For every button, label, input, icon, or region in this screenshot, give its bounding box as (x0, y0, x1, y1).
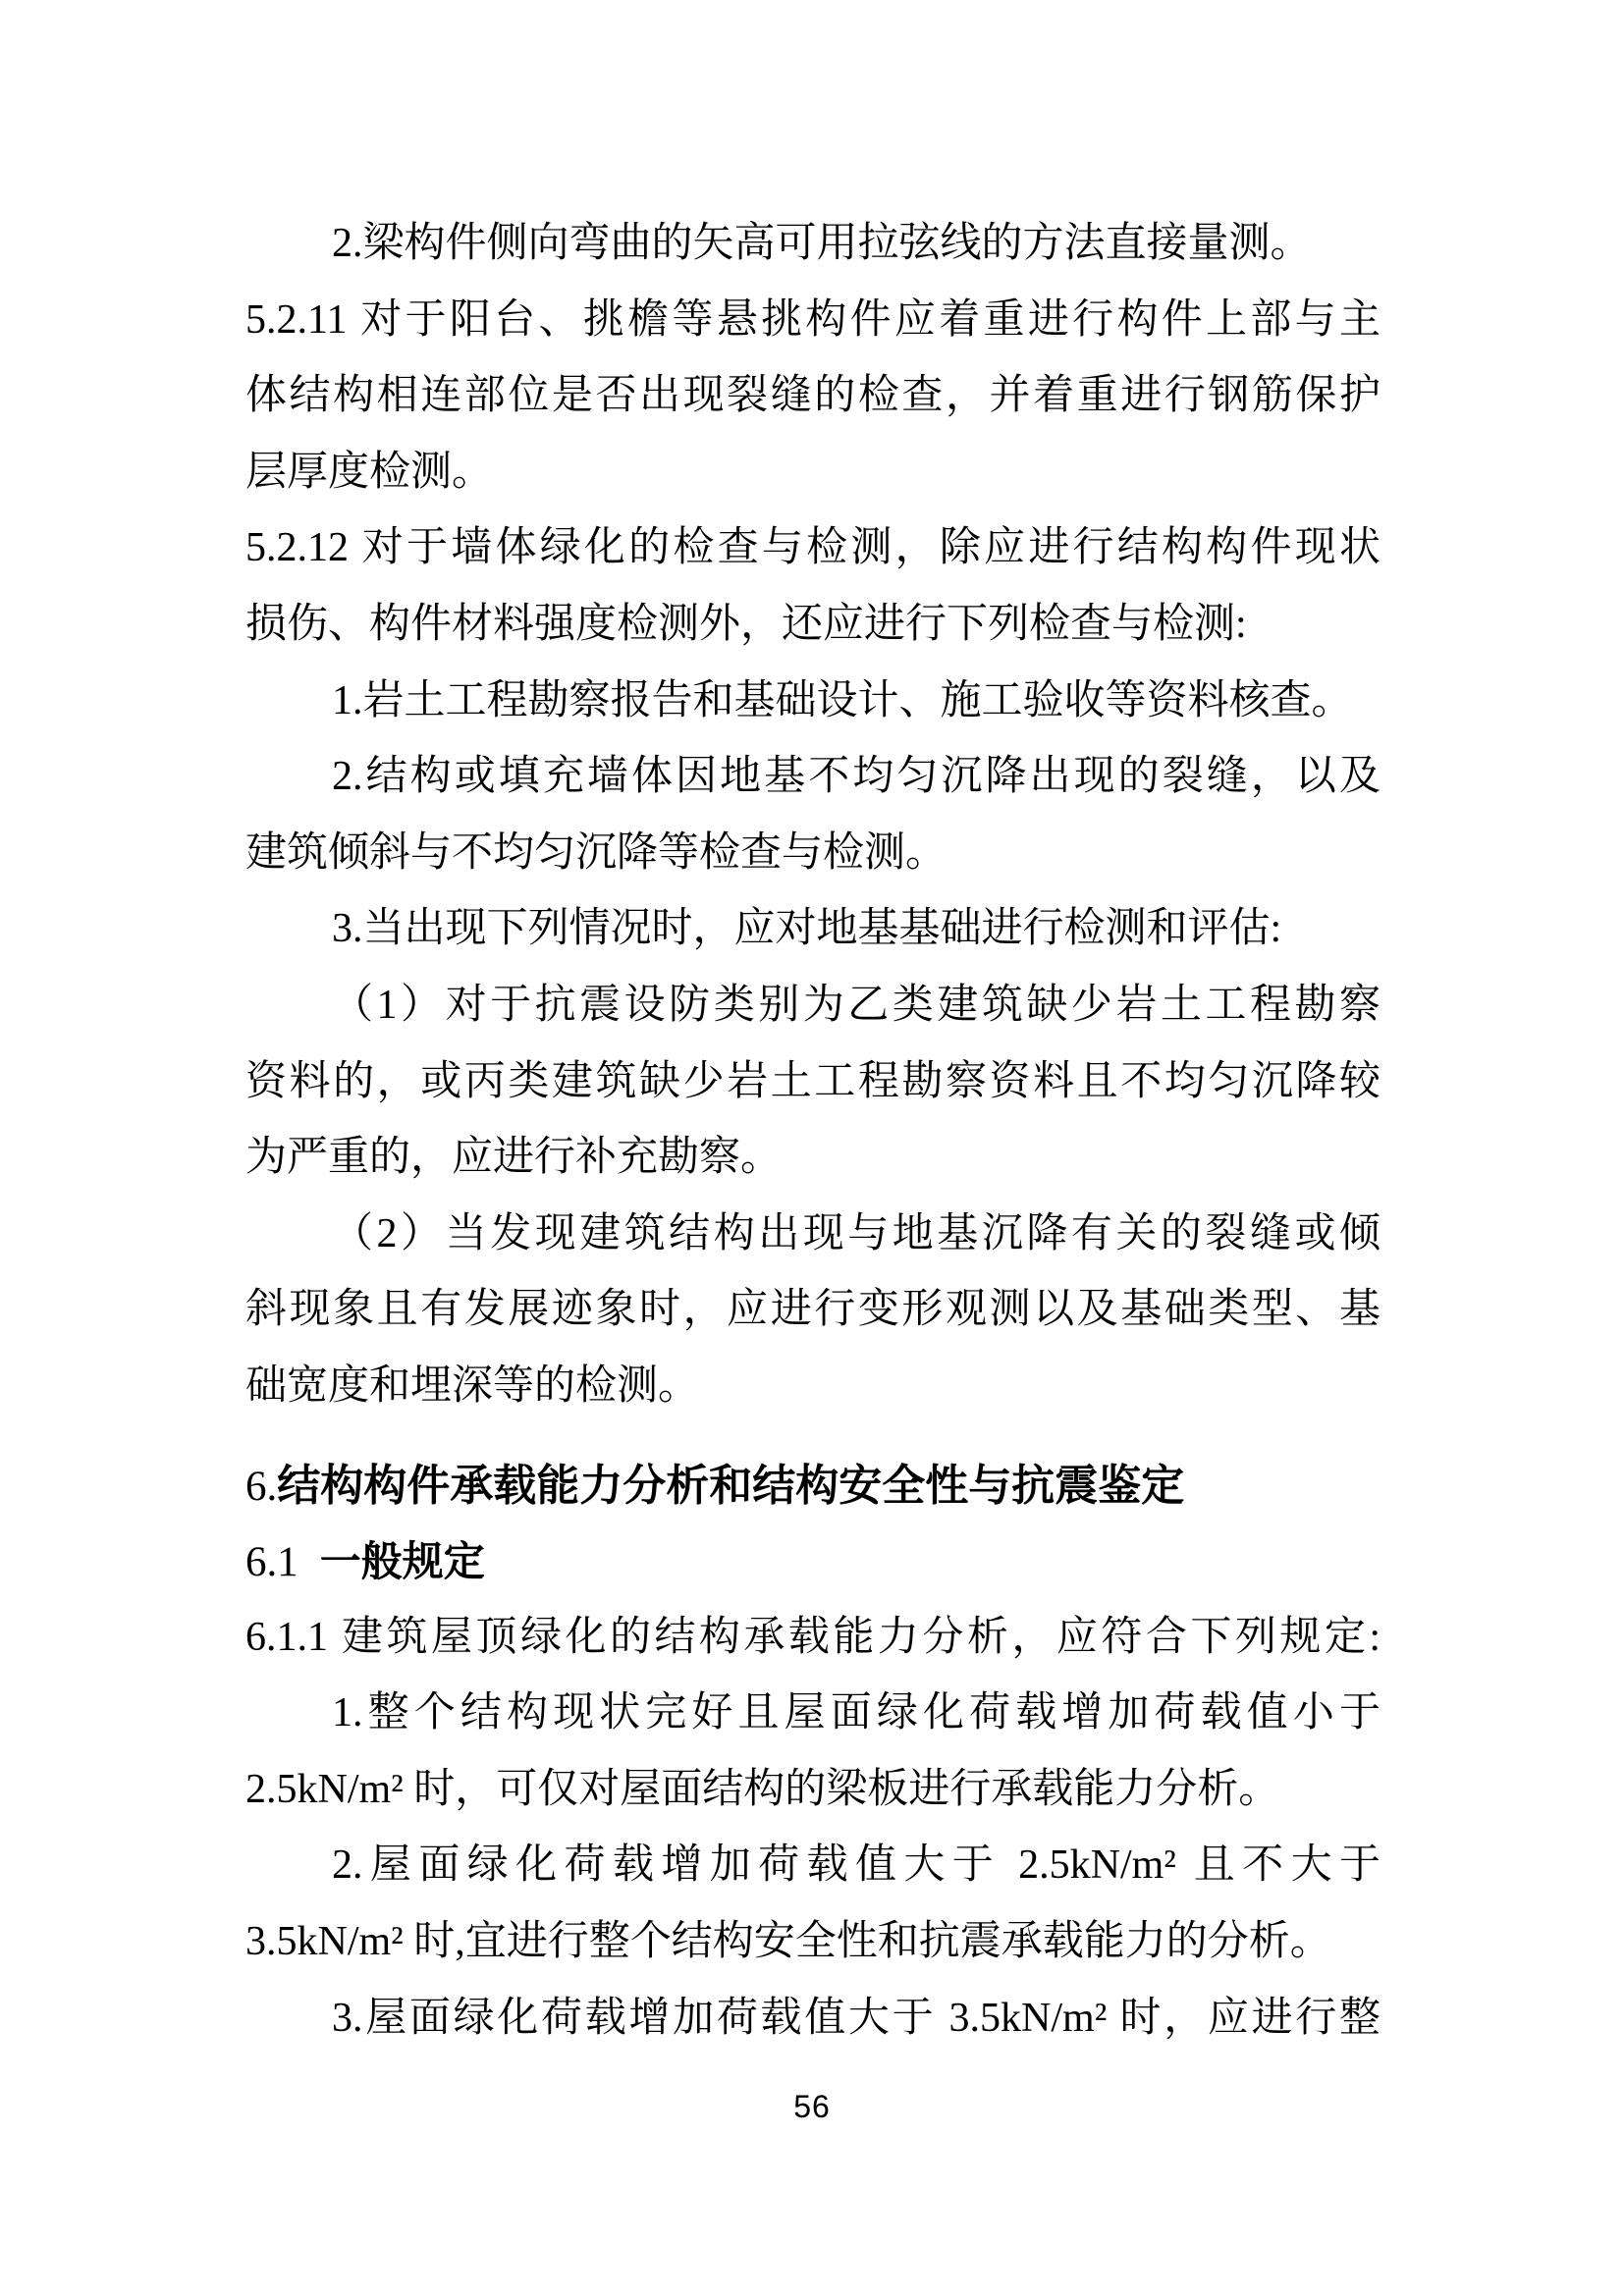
text-line-01: 2.梁构件侧向弯曲的矢高可用拉弦线的方法直接量测。 (245, 206, 1380, 283)
text-line-20: 1.整个结构现状完好且屋面绿化荷载增加荷载值小于 (245, 1676, 1380, 1752)
text-line-09: 建筑倾斜与不均匀沉降等检查与检测。 (245, 816, 1380, 892)
section-6-1-number: 6.1 (245, 1539, 298, 1585)
text-line-02-clause-5-2-11: 5.2.11 对于阳台、挑檐等悬挑构件应着重进行构件上部与主 (245, 283, 1380, 359)
text-line-08: 2.结构或填充墙体因地基不均匀沉降出现的裂缝，以及 (245, 739, 1380, 816)
text-line-05-clause-5-2-12: 5.2.12 对于墙体绿化的检查与检测，除应进行结构构件现状 (245, 510, 1380, 587)
text-line-14: （2）当发现建筑结构出现与地基沉降有关的裂缝或倾 (245, 1197, 1380, 1273)
text-line-16: 础宽度和埋深等的检测。 (245, 1349, 1380, 1425)
text-line-11: （1）对于抗震设防类别为乙类建筑缺少岩土工程勘察 (245, 968, 1380, 1044)
section-6-1-heading: 6.1一般规定 (245, 1523, 1380, 1600)
text-line-10: 3.当出现下列情况时，应对地基基础进行检测和评估: (245, 891, 1380, 968)
document-page: 2.梁构件侧向弯曲的矢高可用拉弦线的方法直接量测。 5.2.11 对于阳台、挑檐… (0, 0, 1624, 2296)
section-6-heading: 6.结构构件承载能力分析和结构安全性与抗震鉴定 (245, 1448, 1380, 1524)
text-line-13: 为严重的，应进行补充勘察。 (245, 1120, 1380, 1197)
section-6-number: 6. (245, 1464, 277, 1510)
text-line-15: 斜现象且有发展迹象时，应进行变形观测以及基础类型、基 (245, 1272, 1380, 1349)
section-6-1-title: 一般规定 (320, 1538, 485, 1584)
text-line-19-clause-6-1-1: 6.1.1 建筑屋顶绿化的结构承载能力分析，应符合下列规定: (245, 1600, 1380, 1677)
text-line-24: 3.屋面绿化荷载增加荷载值大于 3.5kN/m² 时，应进行整 (245, 1981, 1380, 2057)
text-line-06: 损伤、构件材料强度检测外，还应进行下列检查与检测: (245, 587, 1380, 664)
text-line-07: 1.岩土工程勘察报告和基础设计、施工验收等资料核查。 (245, 664, 1380, 740)
text-line-21: 2.5kN/m² 时，可仅对屋面结构的梁板进行承载能力分析。 (245, 1752, 1380, 1829)
page-number: 56 (0, 2089, 1624, 2125)
section-6-title: 结构构件承载能力分析和结构安全性与抗震鉴定 (277, 1462, 1184, 1510)
text-line-12: 资料的，或丙类建筑缺少岩土工程勘察资料且不均匀沉降较 (245, 1044, 1380, 1121)
document-body: 2.梁构件侧向弯曲的矢高可用拉弦线的方法直接量测。 5.2.11 对于阳台、挑檐… (245, 206, 1380, 2056)
text-line-22: 2.屋面绿化荷载增加荷载值大于 2.5kN/m² 且不大于 (245, 1828, 1380, 1904)
text-line-04: 层厚度检测。 (245, 435, 1380, 511)
text-line-23: 3.5kN/m² 时,宜进行整个结构安全性和抗震承载能力的分析。 (245, 1904, 1380, 1981)
text-line-03: 体结构相连部位是否出现裂缝的检查，并着重进行钢筋保护 (245, 358, 1380, 435)
